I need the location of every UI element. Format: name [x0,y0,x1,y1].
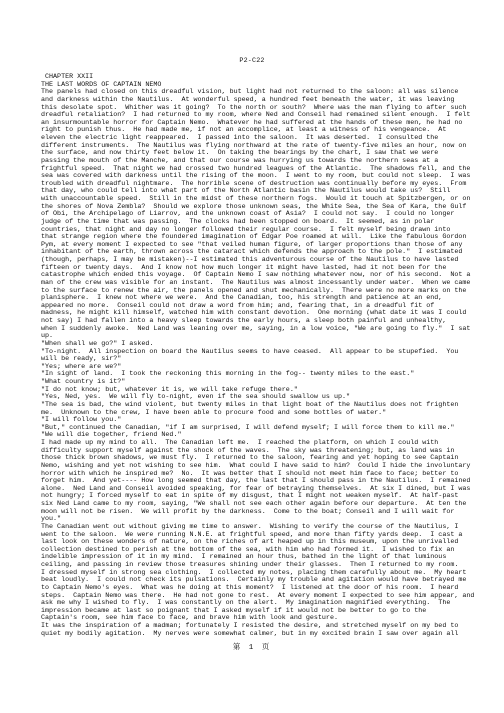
text-line: quiet my bodily agitation. My nerves wer… [41,631,489,639]
page-number-label: 第 1 页 [0,644,504,653]
document-page: P2-C22 CHAPTER XXIITHE LAST WORDS OF CAP… [0,0,504,713]
page-text: CHAPTER XXIITHE LAST WORDS OF CAPTAIN NE… [41,74,489,638]
text-line: when I suddenly awoke. Ned Land was lean… [41,326,489,334]
page-header-label: P2-C22 [0,57,504,65]
text-line: moon will not be risen. We will profit b… [41,509,489,517]
